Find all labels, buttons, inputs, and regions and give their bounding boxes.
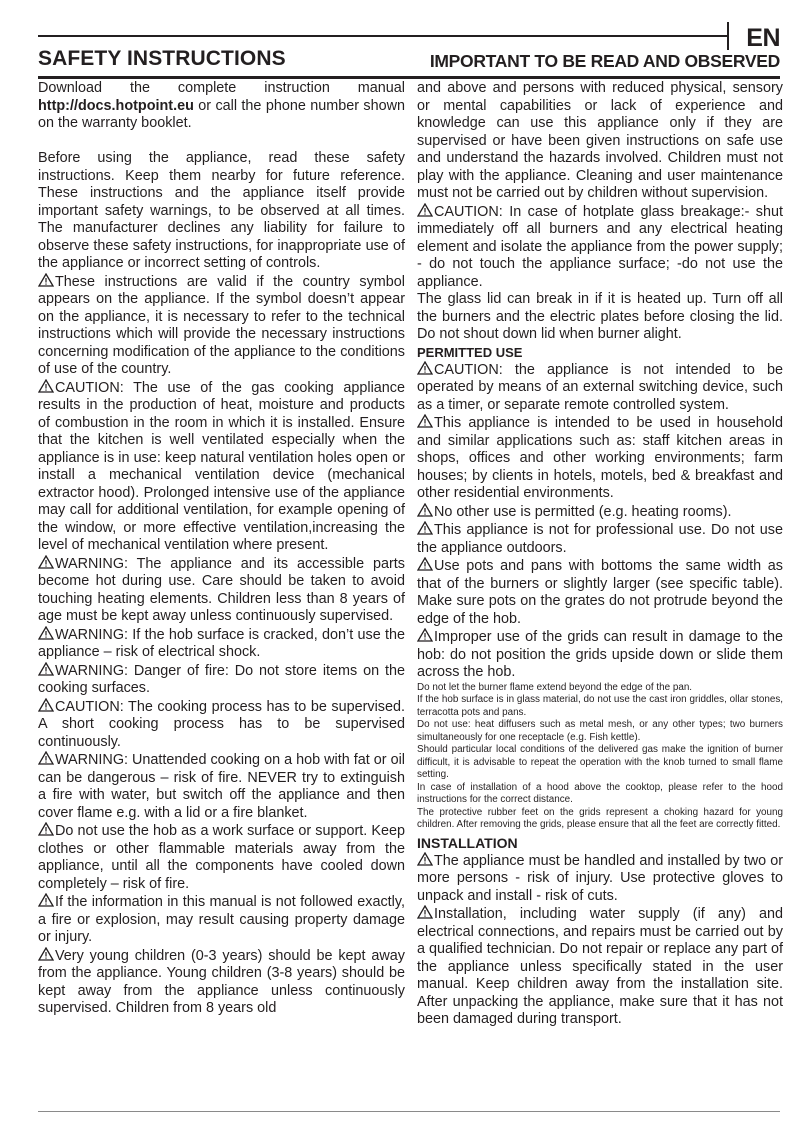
permitted-use-item: CAUTION: the appliance is not intended t…	[417, 361, 783, 415]
language-code: EN	[746, 24, 780, 53]
supervision-caution: CAUTION: The cooking process has to be s…	[38, 698, 405, 752]
warning-triangle-icon	[38, 555, 54, 569]
small-note: Do not use: heat diffusers such as metal…	[417, 719, 783, 744]
hot-parts-warning: WARNING: The appliance and its accessibl…	[38, 555, 405, 626]
fat-oil-warning: WARNING: Unattended cooking on a hob wit…	[38, 751, 405, 822]
warning-triangle-icon	[38, 822, 54, 836]
warning-triangle-icon	[417, 852, 433, 866]
manual-compliance-warning: If the information in this manual is not…	[38, 893, 405, 947]
permitted-use-item: This appliance is intended to be used in…	[417, 414, 783, 503]
header-tick-mark	[727, 22, 729, 50]
permitted-use-item: No other use is permitted (e.g. heating …	[417, 503, 783, 522]
work-surface-warning: Do not use the hob as a work surface or …	[38, 822, 405, 893]
country-symbol-warning: These instructions are valid if the coun…	[38, 273, 405, 379]
warning-triangle-icon	[38, 698, 54, 712]
small-note: If the hob surface is in glass material,…	[417, 694, 783, 719]
download-paragraph: Download the complete instruction manual…	[38, 80, 405, 133]
permitted-use-heading: PERMITTED USE	[417, 344, 783, 361]
warning-triangle-icon	[417, 203, 433, 217]
fire-storage-warning: WARNING: Danger of fire: Do not store it…	[38, 662, 405, 698]
small-notes: Do not let the burner flame extend beyon…	[417, 682, 783, 832]
glass-lid-note: The glass lid can break in if it is heat…	[417, 291, 783, 344]
warning-triangle-icon	[38, 626, 54, 640]
children-warning-continued: and above and persons with reduced physi…	[417, 80, 783, 203]
header-bottom-rule	[38, 76, 780, 79]
right-column: and above and persons with reduced physi…	[417, 80, 783, 1029]
footer-rule	[38, 1111, 780, 1112]
warning-triangle-icon	[417, 521, 433, 535]
warning-triangle-icon	[417, 905, 433, 919]
warning-triangle-icon	[38, 662, 54, 676]
warning-triangle-icon	[417, 557, 433, 571]
page-subtitle: IMPORTANT TO BE READ AND OBSERVED	[430, 51, 780, 72]
page-title: SAFETY INSTRUCTIONS	[38, 47, 286, 71]
warning-triangle-icon	[417, 361, 433, 375]
small-note: Do not let the burner flame extend beyon…	[417, 682, 783, 694]
warning-triangle-icon	[417, 503, 433, 517]
permitted-use-item: Use pots and pans with bottoms the same …	[417, 557, 783, 628]
header-top-rule	[38, 35, 727, 37]
intro-paragraph: Before using the appliance, read these s…	[38, 150, 405, 273]
warning-triangle-icon	[38, 379, 54, 393]
warning-triangle-icon	[417, 628, 433, 642]
warning-triangle-icon	[38, 947, 54, 961]
warning-triangle-icon	[417, 414, 433, 428]
small-note: The protective rubber feet on the grids …	[417, 807, 783, 832]
installation-item: The appliance must be handled and instal…	[417, 852, 783, 906]
warning-triangle-icon	[38, 751, 54, 765]
warning-triangle-icon	[38, 893, 54, 907]
ventilation-caution: CAUTION: The use of the gas cooking appl…	[38, 379, 405, 555]
download-text: Download the complete instruction manual	[38, 80, 405, 96]
warning-triangle-icon	[38, 273, 54, 287]
paragraph-gap	[38, 133, 405, 151]
cracked-hob-warning: WARNING: If the hob surface is cracked, …	[38, 626, 405, 662]
small-note: In case of installation of a hood above …	[417, 782, 783, 807]
installation-heading: INSTALLATION	[417, 835, 783, 852]
permitted-use-item: This appliance is not for professional u…	[417, 521, 783, 557]
installation-item: Installation, including water supply (if…	[417, 905, 783, 1029]
glass-breakage-caution: CAUTION: In case of hotplate glass break…	[417, 203, 783, 292]
left-column: Download the complete instruction manual…	[38, 80, 405, 1018]
children-warning: Very young children (0-3 years) should b…	[38, 947, 405, 1018]
permitted-use-item: Improper use of the grids can result in …	[417, 628, 783, 682]
manual-link[interactable]: http://docs.hotpoint.eu	[38, 98, 194, 114]
small-note: Should particular local conditions of th…	[417, 744, 783, 781]
